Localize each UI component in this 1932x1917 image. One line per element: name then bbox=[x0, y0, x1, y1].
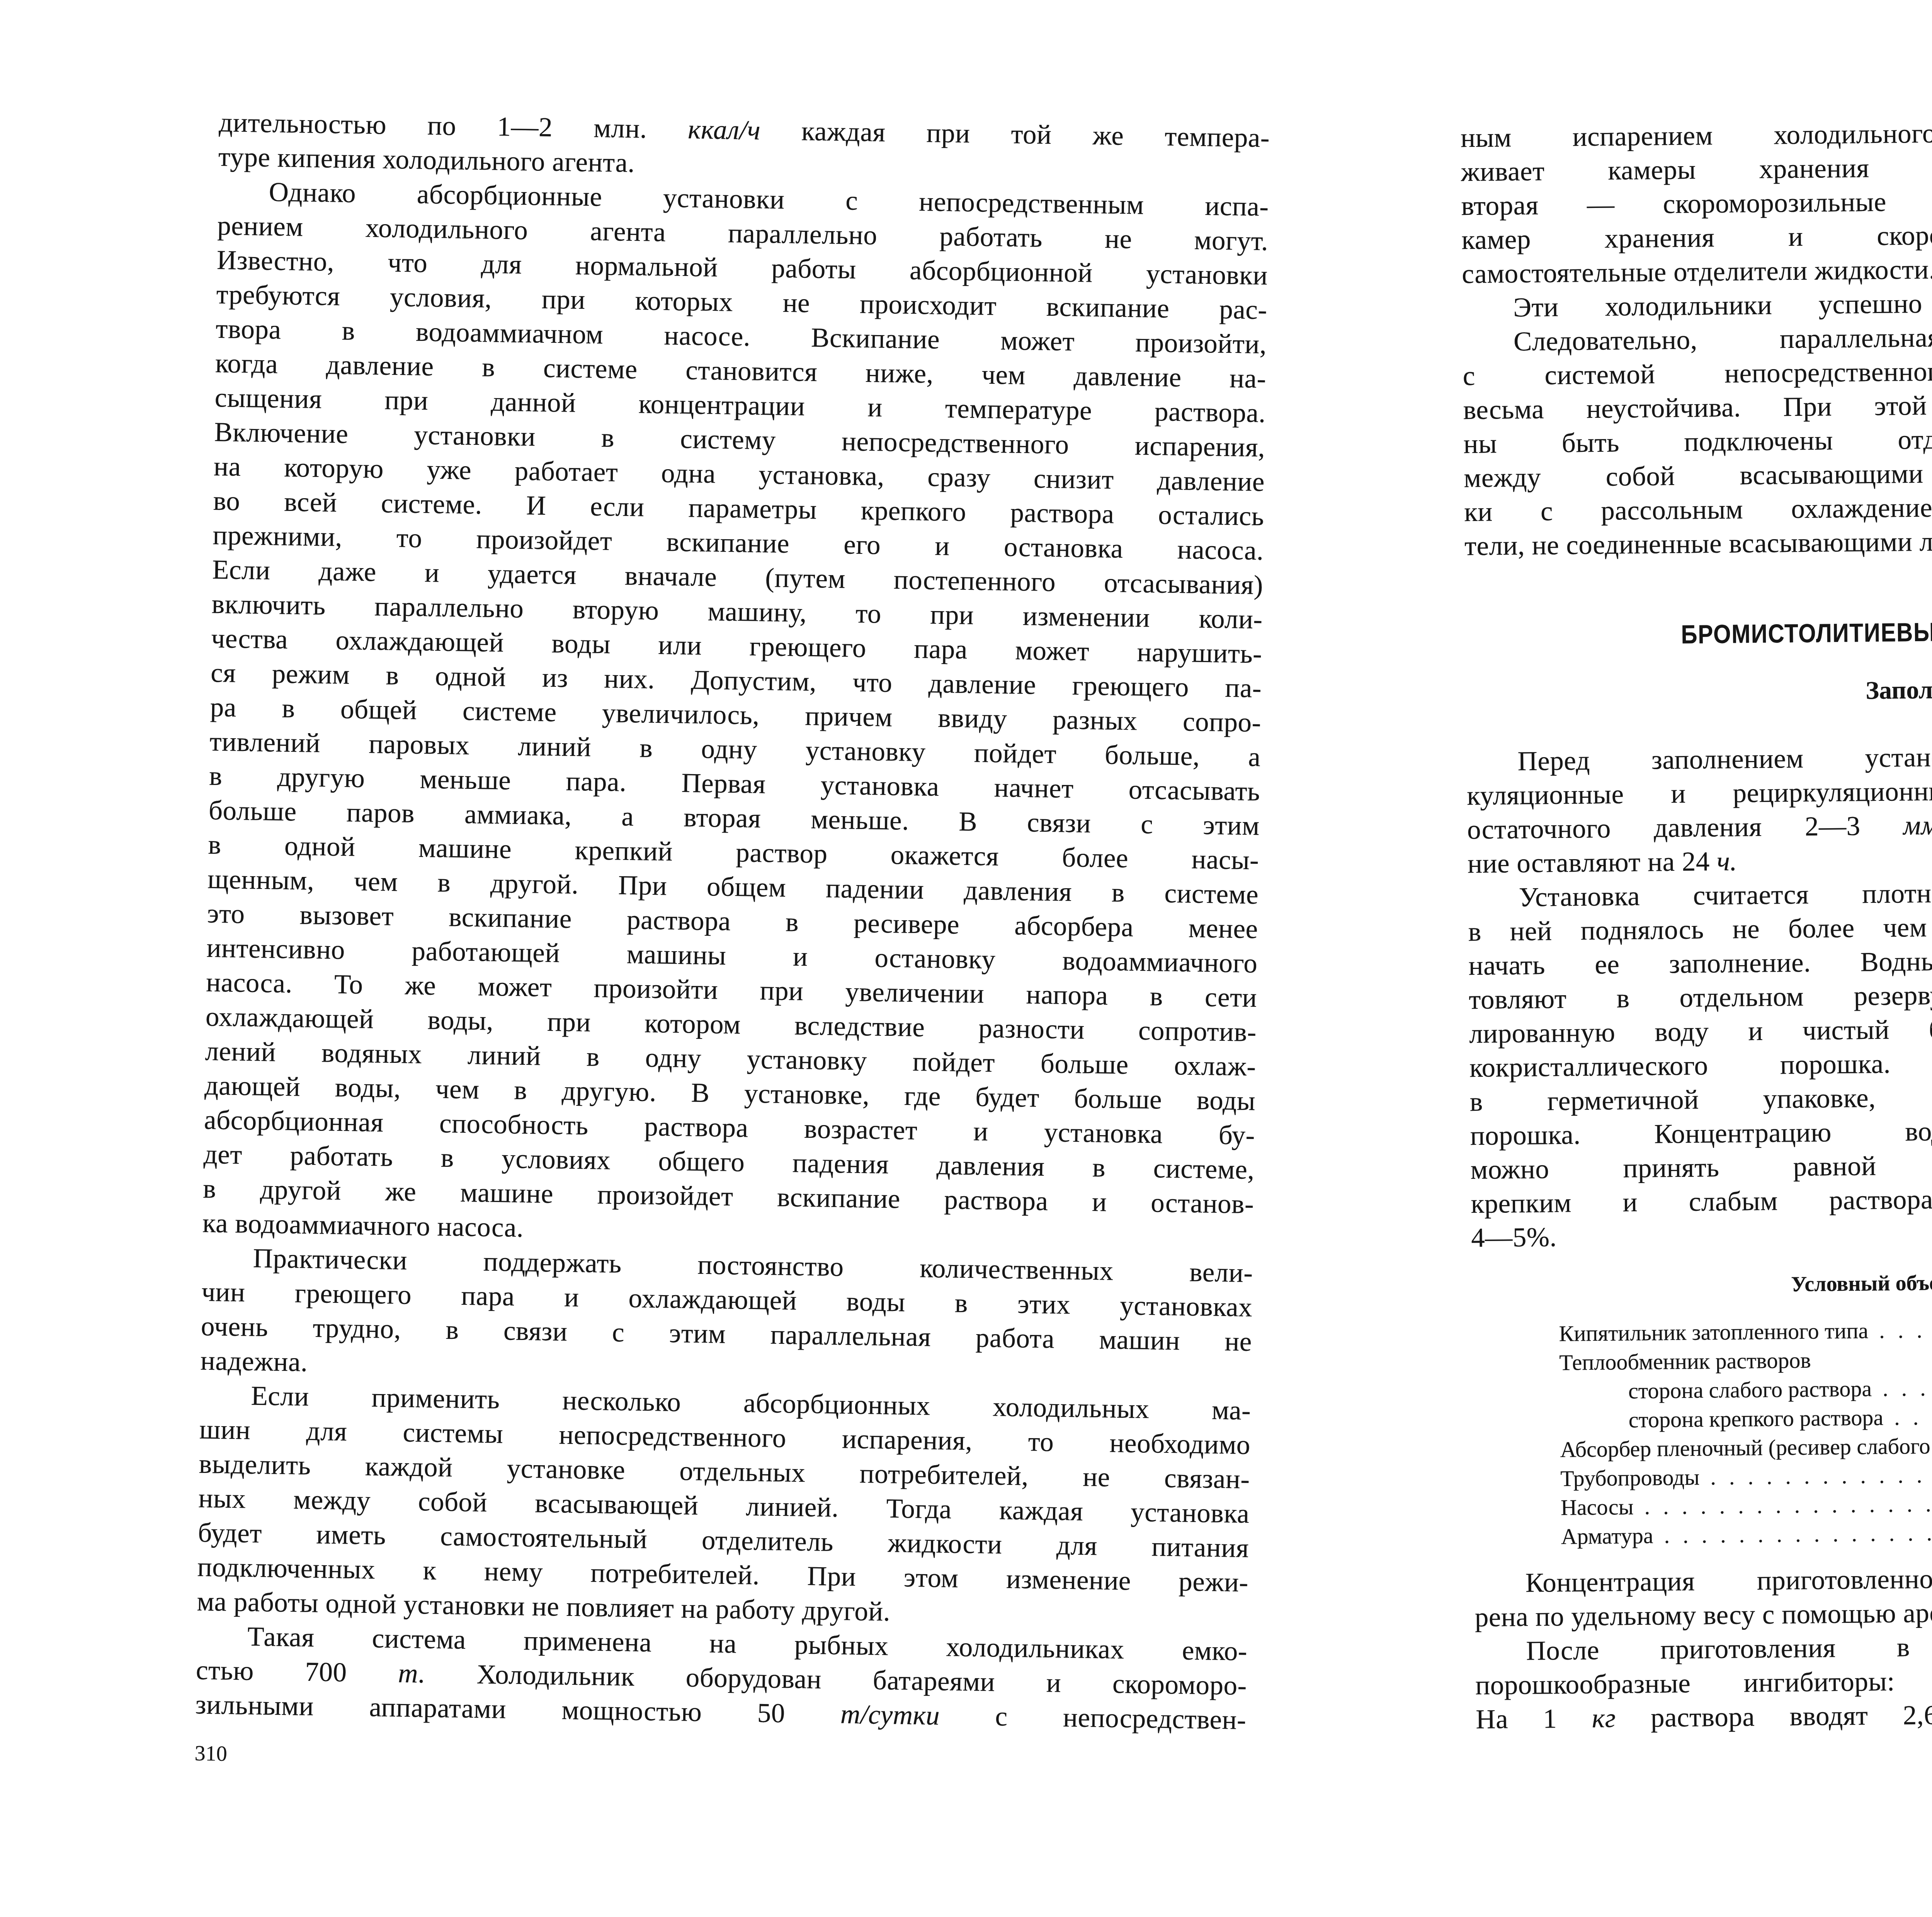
table-row-label: Насосы bbox=[1561, 1492, 1634, 1522]
right-page-closing: Концентрация приготовленного раствора до… bbox=[1474, 1556, 1932, 1737]
dot-leader bbox=[1879, 1311, 1932, 1345]
page-right: ным испарением холодильного агента. Одна… bbox=[1461, 111, 1932, 1774]
table-row-label: Теплообменник растворов bbox=[1559, 1346, 1811, 1377]
table-row-label: Абсорбер пленочный (ресивер слабого раст… bbox=[1560, 1430, 1932, 1464]
table-row-label: Арматура bbox=[1561, 1521, 1653, 1551]
table-row-label: Трубопроводы bbox=[1560, 1462, 1700, 1493]
book-scan: дительностью по 1—2 млн. ккал/ч каждая п… bbox=[0, 0, 1932, 1917]
table-row: Кипятильник затопленного типа 100 bbox=[1559, 1311, 1932, 1348]
right-page-intro: ным испарением холодильного агента. Одна… bbox=[1461, 111, 1932, 563]
section-heading: БРОМИСТОЛИТИЕВЫЕ АБСОРБЦИОННЫЕ МАШИНЫ bbox=[1465, 612, 1932, 651]
section-heading-text: БРОМИСТОЛИТИЕВЫЕ АБСОРБЦИОННЫЕ МАШИНЫ bbox=[1681, 614, 1932, 649]
sub-heading: Заполнение установки bbox=[1466, 669, 1932, 710]
table-title: Условный объем заполнения аппаратов, % bbox=[1471, 1265, 1932, 1300]
page-number-left: 310 bbox=[194, 1740, 1246, 1783]
text-line: ным испарением холодильного агента. Одна… bbox=[1461, 111, 1932, 155]
text-line: Концентрация приготовленного раствора до… bbox=[1474, 1556, 1932, 1600]
dot-leader bbox=[1883, 1369, 1932, 1403]
page-left: дительностью по 1—2 млн. ккал/ч каждая п… bbox=[194, 106, 1270, 1783]
table-row-label: сторона крепкого раствора bbox=[1628, 1403, 1883, 1434]
text-line: Перед заполнением установку (аппараты, т… bbox=[1466, 735, 1932, 779]
right-page-body: Перед заполнением установку (аппараты, т… bbox=[1466, 735, 1932, 1255]
table-row-label: сторона слабого раствора bbox=[1628, 1374, 1872, 1405]
left-page-text: дительностью по 1—2 млн. ккал/ч каждая п… bbox=[195, 106, 1270, 1738]
table-row-label: Кипятильник затопленного типа bbox=[1559, 1316, 1868, 1348]
fill-volume-table: Кипятильник затопленного типа 100 Теплоо… bbox=[1559, 1311, 1932, 1551]
page-number-right: 311 bbox=[1476, 1737, 1932, 1774]
dot-leader bbox=[1894, 1398, 1932, 1432]
